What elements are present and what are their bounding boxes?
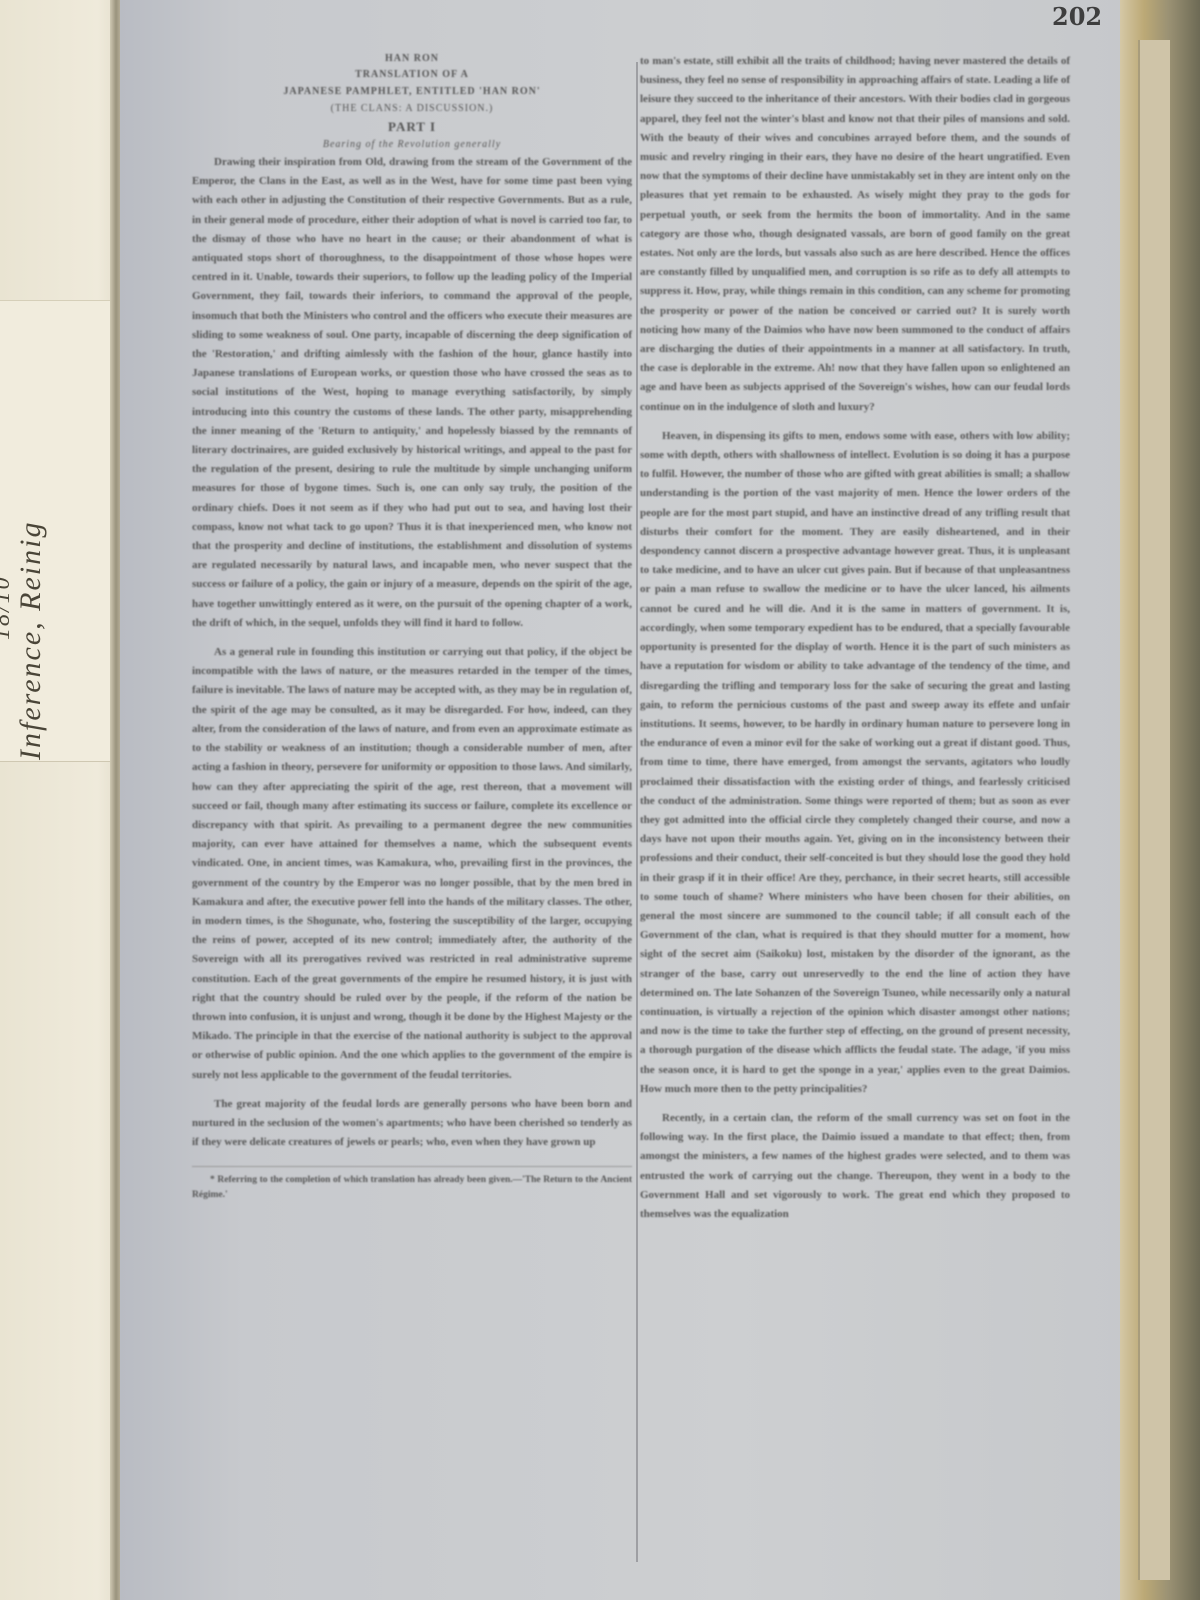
paragraph: Drawing their inspiration from Old, draw…: [192, 153, 632, 633]
paragraph: to man's estate, still exhibit all the t…: [640, 52, 1070, 417]
paragraph: As a general rule in founding this insti…: [192, 643, 632, 1085]
handwritten-margin-note: Inference, Reinig 18/10: [14, 340, 94, 760]
title-line-1: TRANSLATION OF A: [192, 66, 632, 83]
paragraph: Heaven, in dispensing its gifts to men, …: [640, 427, 1070, 1099]
column-divider: [636, 62, 638, 1562]
margin-note-date: 18/10: [0, 575, 16, 640]
subtitle: (THE CLANS: A DISCUSSION.): [192, 100, 632, 117]
section-heading: Bearing of the Revolution generally: [192, 136, 632, 153]
part-heading: PART I: [192, 117, 632, 136]
title-line-2: JAPANESE PAMPHLET, ENTITLED 'HAN RON': [192, 83, 632, 100]
page-number: 202: [1052, 2, 1102, 31]
margin-note-text: Inference, Reinig: [14, 521, 47, 760]
left-column: HAN RON TRANSLATION OF A JAPANESE PAMPHL…: [192, 52, 632, 1203]
paragraph: The great majority of the feudal lords a…: [192, 1095, 632, 1153]
page-stack-edge-inner: [1138, 40, 1170, 1580]
paragraph: Recently, in a certain clan, the reform …: [640, 1109, 1070, 1224]
right-column: to man's estate, still exhibit all the t…: [640, 52, 1070, 1224]
footnote: * Referring to the completion of which t…: [192, 1166, 632, 1203]
running-title: HAN RON: [192, 52, 632, 66]
